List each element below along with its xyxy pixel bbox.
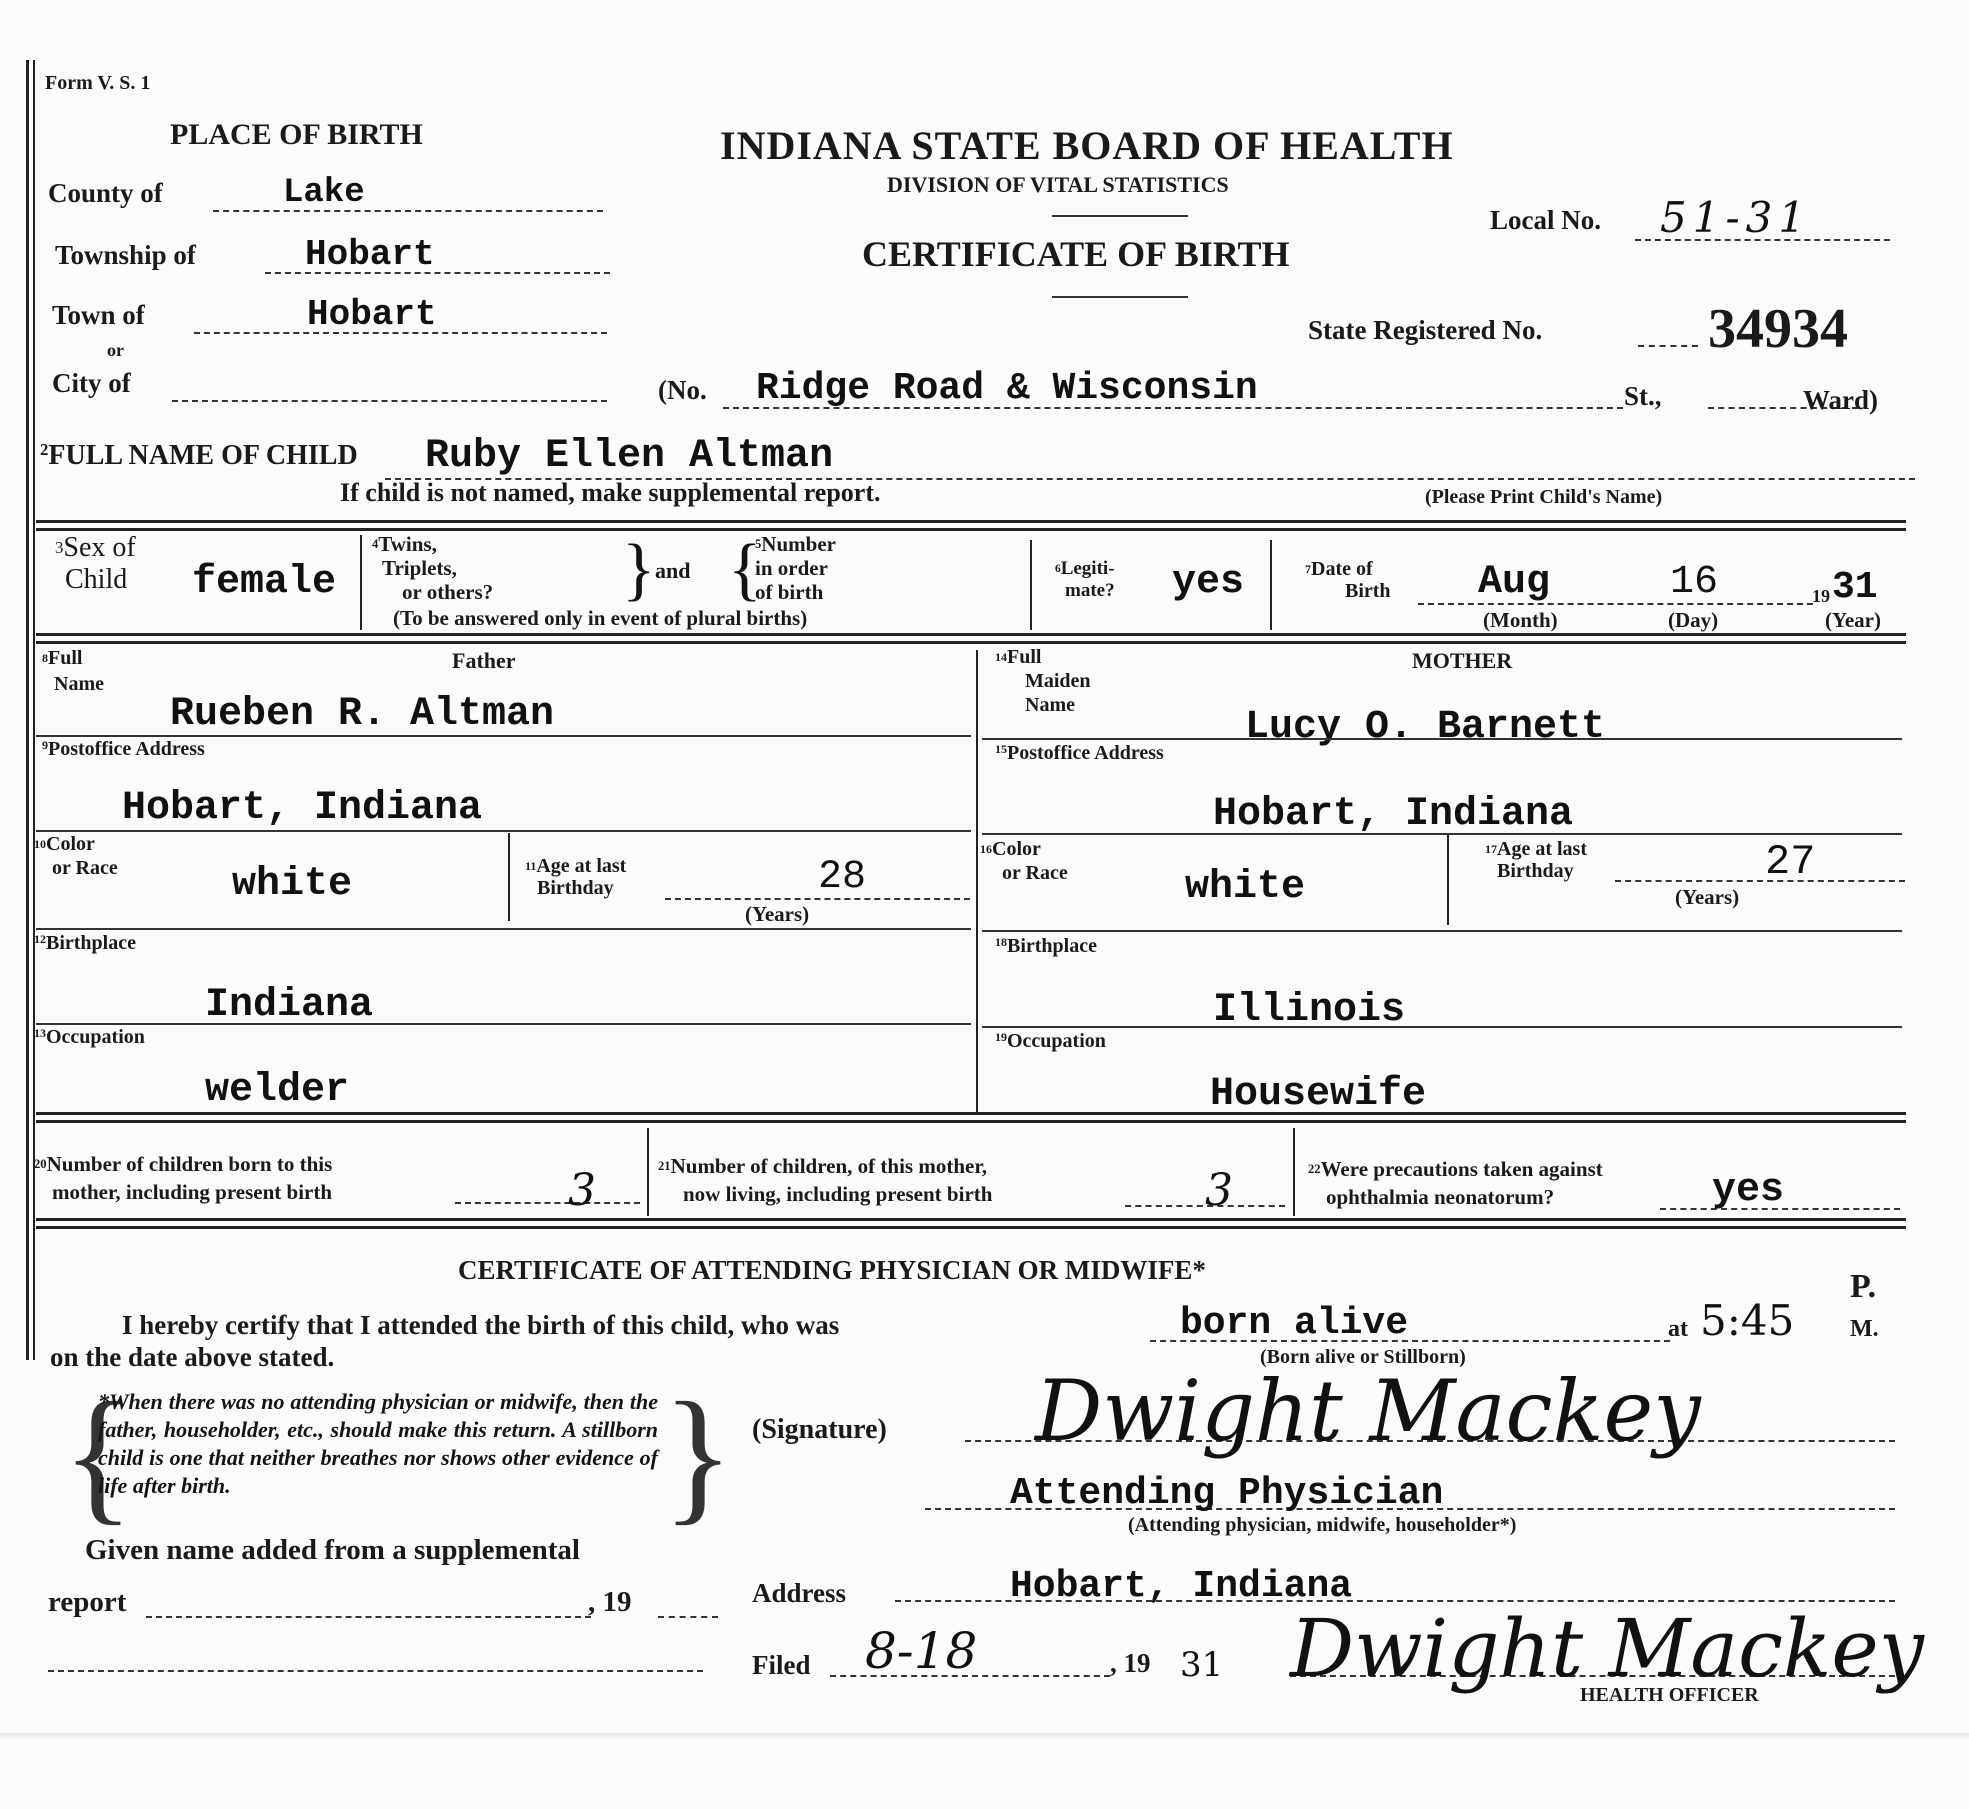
title-rule-top	[1052, 215, 1188, 217]
status-value[interactable]: born alive	[1180, 1302, 1408, 1345]
father-address-value[interactable]: Hobart, Indiana	[122, 786, 482, 831]
dob-year[interactable]: 31	[1832, 566, 1878, 609]
role-caption: (Attending physician, midwife, household…	[1128, 1514, 1516, 1537]
local-number-label: Local No.	[1490, 205, 1601, 235]
street-prefix: (No.	[658, 375, 707, 405]
time-value[interactable]: 5:45	[1700, 1296, 1794, 1345]
divider	[360, 535, 362, 630]
dob-label: 7Date of Birth	[1305, 558, 1391, 602]
signature-label: (Signature)	[752, 1414, 887, 1446]
section-rule	[36, 520, 1906, 523]
township-value[interactable]: Hobart	[305, 234, 435, 275]
supplemental-report-label: report	[48, 1586, 126, 1618]
year-caption: (Year)	[1825, 608, 1881, 633]
father-years-caption: (Years)	[745, 902, 809, 927]
field-rule	[982, 1026, 1902, 1028]
city-field: City of	[52, 368, 612, 404]
mother-age-line	[1615, 880, 1905, 882]
children-born-line	[455, 1202, 640, 1204]
father-name-value[interactable]: Rueben R. Altman	[170, 692, 554, 737]
twins-label: 4Twins, Triplets, or others?	[372, 532, 493, 604]
county-label: County of	[48, 178, 163, 208]
print-name-note: (Please Print Child's Name)	[1425, 486, 1662, 509]
supplemental-report-line	[146, 1616, 591, 1618]
state-registered-value[interactable]: 34934	[1708, 297, 1848, 361]
legitimate-value[interactable]: yes	[1172, 560, 1244, 605]
mother-heading: MOTHER	[1412, 648, 1512, 674]
filed-date[interactable]: 8-18	[865, 1622, 977, 1680]
physician-address-label: Address	[752, 1578, 846, 1609]
date-stated: on the date above stated.	[50, 1342, 334, 1373]
county-field: County of Lake	[48, 178, 608, 214]
field-rule	[982, 930, 1902, 932]
filed-year-prefix: , 19	[1110, 1648, 1151, 1679]
father-age-label: 11Age at last Birthday	[525, 855, 626, 899]
city-label: City of	[52, 368, 131, 398]
field-rule	[36, 1023, 971, 1025]
role-value[interactable]: Attending Physician	[1010, 1472, 1443, 1515]
board-title: INDIANA STATE BOARD OF HEALTH	[720, 122, 1454, 169]
children-born-value[interactable]: 3	[568, 1165, 596, 1216]
state-registered-line	[1638, 345, 1698, 347]
scan-edge	[0, 1733, 1969, 1739]
right-brace: }	[622, 535, 656, 605]
place-of-birth-heading: PLACE OF BIRTH	[170, 118, 423, 152]
ampm-p: P.	[1850, 1268, 1876, 1306]
dob-day[interactable]: 16	[1670, 560, 1718, 605]
divider	[1293, 1128, 1295, 1216]
divider	[508, 833, 510, 921]
father-race-label: 10Color or Race	[34, 832, 118, 880]
city-line	[172, 400, 607, 402]
legitimate-label: 6Legiti- mate?	[1055, 558, 1115, 602]
mother-age-label: 17Age at last Birthday	[1485, 838, 1587, 882]
certificate-title: CERTIFICATE OF BIRTH	[862, 233, 1290, 275]
mother-name-value[interactable]: Lucy O. Barnett	[1245, 705, 1605, 750]
sex-value[interactable]: female	[192, 560, 336, 605]
mother-name-label: 14Full Maiden Name	[995, 645, 1091, 717]
father-occupation-label: 13Occupation	[34, 1026, 145, 1049]
month-caption: (Month)	[1483, 608, 1558, 633]
mother-race-label: 16Color or Race	[980, 837, 1068, 885]
at-label: at	[1668, 1316, 1688, 1343]
mother-address-label: 15Postoffice Address	[995, 742, 1164, 765]
title-rule-bottom	[1052, 296, 1188, 298]
child-name-value[interactable]: Ruby Ellen Altman	[425, 434, 833, 479]
street-field: (No. Ridge Road & Wisconsin St., Ward)	[658, 375, 1918, 415]
physician-heading: CERTIFICATE OF ATTENDING PHYSICIAN OR MI…	[458, 1255, 1206, 1286]
officer-signature[interactable]: Dwight Mackey	[1290, 1602, 1924, 1695]
section-rule	[36, 1226, 1906, 1229]
father-age-value[interactable]: 28	[818, 855, 866, 900]
divider	[1270, 540, 1272, 630]
parents-divider	[976, 650, 978, 1115]
county-value[interactable]: Lake	[283, 174, 365, 212]
order-label: 5Number in order of birth	[755, 532, 836, 604]
health-officer-label: HEALTH OFFICER	[1580, 1684, 1759, 1707]
mother-birthplace-label: 18Birthplace	[995, 935, 1097, 958]
mother-race-value[interactable]: white	[1185, 865, 1305, 910]
divider	[647, 1128, 649, 1216]
or-label: or	[107, 340, 124, 361]
state-registered-field: State Registered No. 34934	[1308, 315, 1928, 355]
dob-year-prefix: 19	[1812, 586, 1830, 607]
father-birthplace-label: 12Birthplace	[34, 932, 136, 955]
supplemental-report-field: report , 19	[48, 1586, 708, 1626]
sex-label: 3Sex of Child	[55, 532, 136, 596]
filed-label: Filed	[752, 1650, 811, 1681]
divider	[1447, 835, 1449, 925]
divider	[1030, 540, 1032, 630]
mother-occupation-value[interactable]: Housewife	[1210, 1072, 1426, 1117]
section-rule	[36, 641, 1906, 644]
mother-age-value[interactable]: 27	[1765, 838, 1815, 886]
supplemental-line-1: Given name added from a supplemental	[85, 1534, 580, 1567]
left-border-rule	[26, 60, 29, 1360]
not-named-note: If child is not named, make supplemental…	[340, 478, 881, 508]
supplemental-year-line	[658, 1616, 718, 1618]
child-name-field: 2FULL NAME OF CHILD Ruby Ellen Altman	[40, 440, 1920, 490]
children-living-value[interactable]: 3	[1205, 1165, 1233, 1216]
mother-years-caption: (Years)	[1675, 885, 1739, 910]
township-field: Township of Hobart	[55, 240, 615, 276]
section-rule	[36, 633, 1906, 636]
day-caption: (Day)	[1668, 608, 1718, 633]
section-rule	[36, 1112, 1906, 1115]
street-value[interactable]: Ridge Road & Wisconsin	[756, 367, 1258, 410]
section-rule	[36, 1120, 1906, 1123]
certify-text: I hereby certify that I attended the bir…	[122, 1310, 839, 1341]
children-born-label: 20Number of children born to this mother…	[34, 1150, 332, 1206]
town-label: Town of	[52, 300, 145, 330]
supplemental-extra-line	[48, 1670, 703, 1672]
father-occupation-value[interactable]: welder	[205, 1068, 349, 1113]
physician-signature[interactable]: Dwight Mackey	[1035, 1362, 1701, 1460]
ampm-m: M.	[1850, 1316, 1879, 1343]
ward-label: Ward)	[1803, 385, 1878, 416]
stillborn-note: *When there was no attending physician o…	[98, 1388, 658, 1500]
county-line	[213, 210, 603, 212]
local-number-field: Local No. 51-31	[1490, 205, 1910, 245]
and-label: and	[655, 558, 690, 584]
ophthalmia-label: 22Were precautions taken against ophthal…	[1308, 1155, 1603, 1211]
field-rule	[36, 928, 971, 930]
state-registered-label: State Registered No.	[1308, 315, 1542, 345]
supplemental-year-prefix: , 19	[588, 1586, 632, 1619]
township-label: Township of	[55, 240, 196, 270]
field-rule	[982, 833, 1902, 835]
ophthalmia-value[interactable]: yes	[1712, 1168, 1784, 1213]
division-title: DIVISION OF VITAL STATISTICS	[887, 172, 1229, 198]
filed-year[interactable]: 31	[1180, 1645, 1223, 1685]
father-birthplace-value[interactable]: Indiana	[205, 983, 373, 1028]
mother-address-value[interactable]: Hobart, Indiana	[1213, 792, 1573, 837]
father-heading: Father	[452, 648, 516, 674]
field-rule	[36, 830, 971, 832]
local-number-value[interactable]: 51-31	[1660, 193, 1811, 242]
mother-occupation-label: 19Occupation	[995, 1030, 1106, 1053]
father-address-label: 9Postoffice Address	[42, 738, 205, 761]
children-living-label: 21Number of children, of this mother, no…	[658, 1152, 992, 1208]
town-value[interactable]: Hobart	[307, 294, 437, 335]
father-race-value[interactable]: white	[232, 862, 352, 907]
section-rule	[36, 1218, 1906, 1221]
note-right-brace: }	[662, 1380, 734, 1530]
field-rule	[982, 738, 1902, 740]
father-name-label: 8Full Name	[42, 645, 104, 697]
street-st-label: St.,	[1624, 381, 1662, 412]
plural-note: (To be answered only in event of plural …	[393, 606, 807, 631]
section-rule	[36, 528, 1906, 531]
town-field: Town of Hobart	[52, 300, 612, 336]
child-name-label: 2FULL NAME OF CHILD	[40, 440, 358, 471]
field-rule	[36, 735, 971, 737]
dob-month[interactable]: Aug	[1478, 560, 1550, 605]
form-id: Form V. S. 1	[45, 72, 150, 95]
